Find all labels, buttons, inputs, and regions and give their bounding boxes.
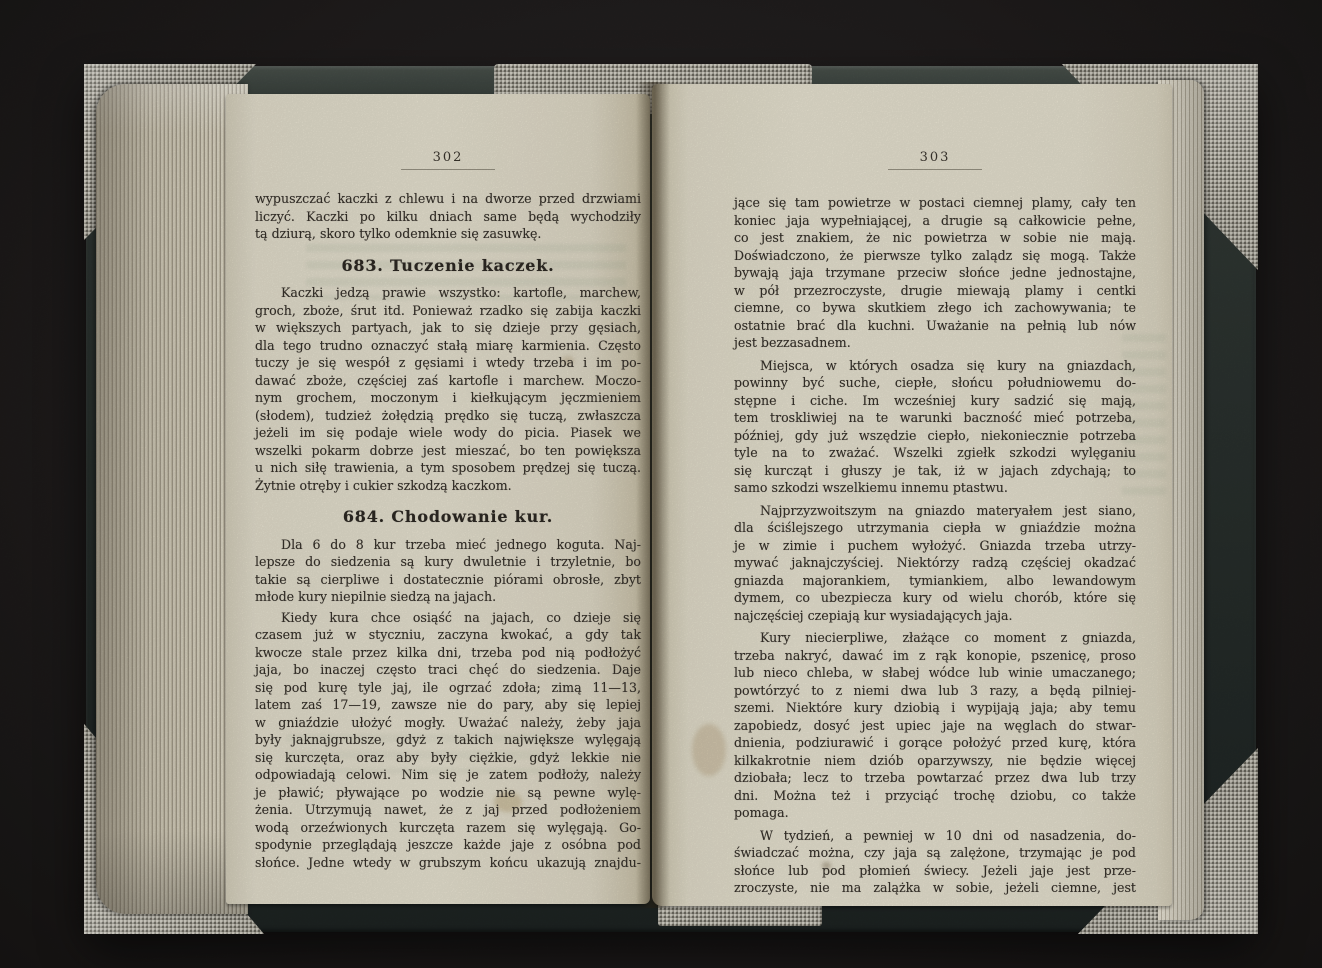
paragraph: Dla 6 do 8 kur trzeba mieć jednego kogut…	[255, 536, 641, 606]
page-header: 302	[255, 146, 641, 170]
text-line: Najprzyzwoitszym na gniazdo materyałem j…	[734, 502, 1136, 520]
text-line: najczęściej czepiają kur wysiadających j…	[734, 607, 1136, 625]
text-line: tą dziurą, skoro tylko odemknie się zasu…	[255, 225, 641, 243]
text-line: były jaknajgrubsze, gdyż z takich najwię…	[255, 731, 641, 749]
text-line: powinny być suche, ciepłe, słońcu połudn…	[734, 374, 1136, 392]
text-line: (słodem), tudzież żołędzią prędko się tu…	[255, 407, 641, 425]
text-line: zroczyste, nie ma zalążka w sobie, jeżel…	[734, 879, 1136, 897]
page-header: 303	[734, 146, 1136, 170]
paragraph: Najprzyzwoitszym na gniazdo materyałem j…	[734, 502, 1136, 625]
text-line: pomaga.	[734, 804, 1136, 822]
text-line: w pół przezroczyste, drugie miewają plam…	[734, 282, 1136, 300]
text-line: je w zimie i puchem wyłożyć. Gniazda trz…	[734, 537, 1136, 555]
text-line: nym grochem, moczonym i kiełkującym jęcz…	[255, 389, 641, 407]
text-line: liczyć. Kaczki po kilku dniach same będą…	[255, 208, 641, 226]
text-line: kilkakrotnie niem dziób oparzywszy, nie …	[734, 752, 1136, 770]
text-line: powtórzyć to z niemi dwa lub 3 razy, a b…	[734, 682, 1136, 700]
text-line: tem troskliwiej na te warunki baczność m…	[734, 409, 1136, 427]
text-line: lub nieco chleba, w słabej wódce lub win…	[734, 664, 1136, 682]
text-line: je pławić; pływające po wodzie nie są pe…	[255, 784, 641, 802]
left-page: 302 wypuszczać kaczki z chlewu i na dwor…	[226, 94, 650, 904]
text-line: się pod kurę tyle jaj, ile ogrzać zdoła;…	[255, 679, 641, 697]
text-line: ciemne, co bywa skutkiem złego ich zacho…	[734, 299, 1136, 317]
text-line: W tydzień, a pewniej w 10 dni od nasadze…	[734, 827, 1136, 845]
text-line: takie są cierpliwe i dostatecznie pióram…	[255, 571, 641, 589]
book-photo-scene: 302 wypuszczać kaczki z chlewu i na dwor…	[0, 0, 1322, 968]
right-page-content: 303 jące się tam powietrze w postaci cie…	[652, 84, 1172, 968]
text-line: trzeba nakryć, dawać im z rąk konopie, p…	[734, 647, 1136, 665]
text-line: wypuszczać kaczki z chlewu i na dworze p…	[255, 190, 641, 208]
text-line: jeżeli im się podaje wiele wody do picia…	[255, 424, 641, 442]
text-line: bywają jaja trzymane przeciw słońce jedn…	[734, 264, 1136, 282]
text-line: jaja, bo inaczej często traci chęć do si…	[255, 661, 641, 679]
text-line: ostatnie brać dla kuchni. Uważanie na pe…	[734, 317, 1136, 335]
paragraph: Kiedy kura chce osiąść na jajach, co dzi…	[255, 609, 641, 872]
text-line: słońce lub pod płomień świecy. Jeżeli ja…	[734, 862, 1136, 880]
text-line: Żytnie otręby i cukier szkodzą kaczkom.	[255, 477, 641, 495]
text-line: stępne i ciche. Im wcześniej kury sadzić…	[734, 392, 1136, 410]
text-line: czasem już w styczniu, zaczyna kwokać, a…	[255, 626, 641, 644]
text-line: odpowiadają celowi. Nim się je zatem pod…	[255, 766, 641, 784]
right-page: 303 jące się tam powietrze w postaci cie…	[652, 84, 1172, 906]
section-heading: 684. Chodowanie kur.	[255, 508, 641, 526]
right-page-text: jące się tam powietrze w postaci ciemnej…	[734, 194, 1136, 897]
text-line: Dla 6 do 8 kur trzeba mieć jednego kogut…	[255, 536, 641, 554]
text-line: tuczy je się wespół z gęsiami i wtedy tr…	[255, 354, 641, 372]
paragraph: W tydzień, a pewniej w 10 dni od nasadze…	[734, 827, 1136, 897]
text-line: kwocze stale przez kilka dni, trzeba pod…	[255, 644, 641, 662]
text-line: żenia. Utrzymują nawet, że z jaj przed p…	[255, 801, 641, 819]
text-line: wodą orzeźwionych kurczęta razem się wyl…	[255, 819, 641, 837]
page-number: 302	[433, 150, 464, 165]
text-line: się kurczęta, oraz aby były ciężkie, gdy…	[255, 749, 641, 767]
text-line: wszelki pokarm dobrze jest mieszać, bo t…	[255, 442, 641, 460]
paragraph: Kaczki jedzą prawie wszystko: kartofle, …	[255, 284, 641, 494]
paragraph: jące się tam powietrze w postaci ciemnej…	[734, 194, 1136, 352]
text-line: w większych partyach, jak to się dzieje …	[255, 319, 641, 337]
text-line: w gniaździe ułożyć mogły. Uważać należy,…	[255, 714, 641, 732]
text-line: co jest znakiem, że nic powietrza w sobi…	[734, 229, 1136, 247]
text-line: gniazda majorankiem, tymiankiem, albo le…	[734, 572, 1136, 590]
text-line: słońce. Jedne wtedy w grubszym końcu uka…	[255, 854, 641, 872]
paragraph: wypuszczać kaczki z chlewu i na dworze p…	[255, 190, 641, 243]
text-line: koniec jaja wypełniającej, a drugie są c…	[734, 212, 1136, 230]
text-line: Miejsca, w których osadza się kury na gn…	[734, 357, 1136, 375]
text-line: dla ściślejszego utrzymania ciepła w gni…	[734, 519, 1136, 537]
text-line: spodynie przeglądają jeszcze każde jaje …	[255, 836, 641, 854]
text-line: Kury niecierpliwe, złażące co moment z g…	[734, 629, 1136, 647]
text-line: Doświadczono, że pierwsze tylko zalądz s…	[734, 247, 1136, 265]
text-line: dymem, co ubezpiecza kury od wielu choró…	[734, 589, 1136, 607]
text-line: szemi. Niektóre kury dziobią i wypijają …	[734, 699, 1136, 717]
text-line: samo szkodzi wszelkiemu innemu ptastwu.	[734, 479, 1136, 497]
text-line: jest bezzasadnem.	[734, 334, 1136, 352]
book: 302 wypuszczać kaczki z chlewu i na dwor…	[0, 0, 1322, 968]
text-line: jące się tam powietrze w postaci ciemnej…	[734, 194, 1136, 212]
text-line: dla tego trudno oznaczyć stałą miarę kar…	[255, 337, 641, 355]
text-line: dnienia, podziurawić i gorące położyć pr…	[734, 734, 1136, 752]
text-line: później, gdy już wszędzie ciepło, niekon…	[734, 427, 1136, 445]
text-line: dziobała; lecz to trzeba powtarzać przez…	[734, 769, 1136, 787]
left-page-text: wypuszczać kaczki z chlewu i na dworze p…	[255, 190, 641, 871]
text-line: młode kury niepilnie siedzą na jajach.	[255, 588, 641, 606]
text-line: dni. Można też i przyciąć trochę dziobu,…	[734, 787, 1136, 805]
page-number-rule	[401, 169, 495, 170]
page-number-rule	[888, 169, 982, 170]
text-line: się kurcząt i głuszy je tak, iż w jajach…	[734, 462, 1136, 480]
text-line: świadczać można, czy jaja są zalężone, t…	[734, 844, 1136, 862]
page-number: 303	[920, 150, 951, 165]
section-heading: 683. Tuczenie kaczek.	[255, 257, 641, 275]
text-line: mywać jaknajczyściej. Niektórzy radzą cz…	[734, 554, 1136, 572]
text-line: dawać zboże, częściej zaś kartofle i mar…	[255, 372, 641, 390]
text-line: Kiedy kura chce osiąść na jajach, co dzi…	[255, 609, 641, 627]
text-line: lepsze do siedzenia są kury dwuletnie i …	[255, 553, 641, 571]
left-page-content: 302 wypuszczać kaczki z chlewu i na dwor…	[226, 94, 650, 956]
text-line: groch, zboże, śrut itd. Ponieważ rzadko …	[255, 302, 641, 320]
text-line: u nich siłę trawienia, a tym sposobem pr…	[255, 459, 641, 477]
text-line: latem zaś 17—19, zawsze nie do pary, aby…	[255, 696, 641, 714]
text-line: zapobiedz, dosyć jest upiec jaje na węgl…	[734, 717, 1136, 735]
text-line: tyle na to zważać. Wszelki zgiełk szkodz…	[734, 444, 1136, 462]
paragraph: Miejsca, w których osadza się kury na gn…	[734, 357, 1136, 497]
text-line: Kaczki jedzą prawie wszystko: kartofle, …	[255, 284, 641, 302]
paragraph: Kury niecierpliwe, złażące co moment z g…	[734, 629, 1136, 822]
